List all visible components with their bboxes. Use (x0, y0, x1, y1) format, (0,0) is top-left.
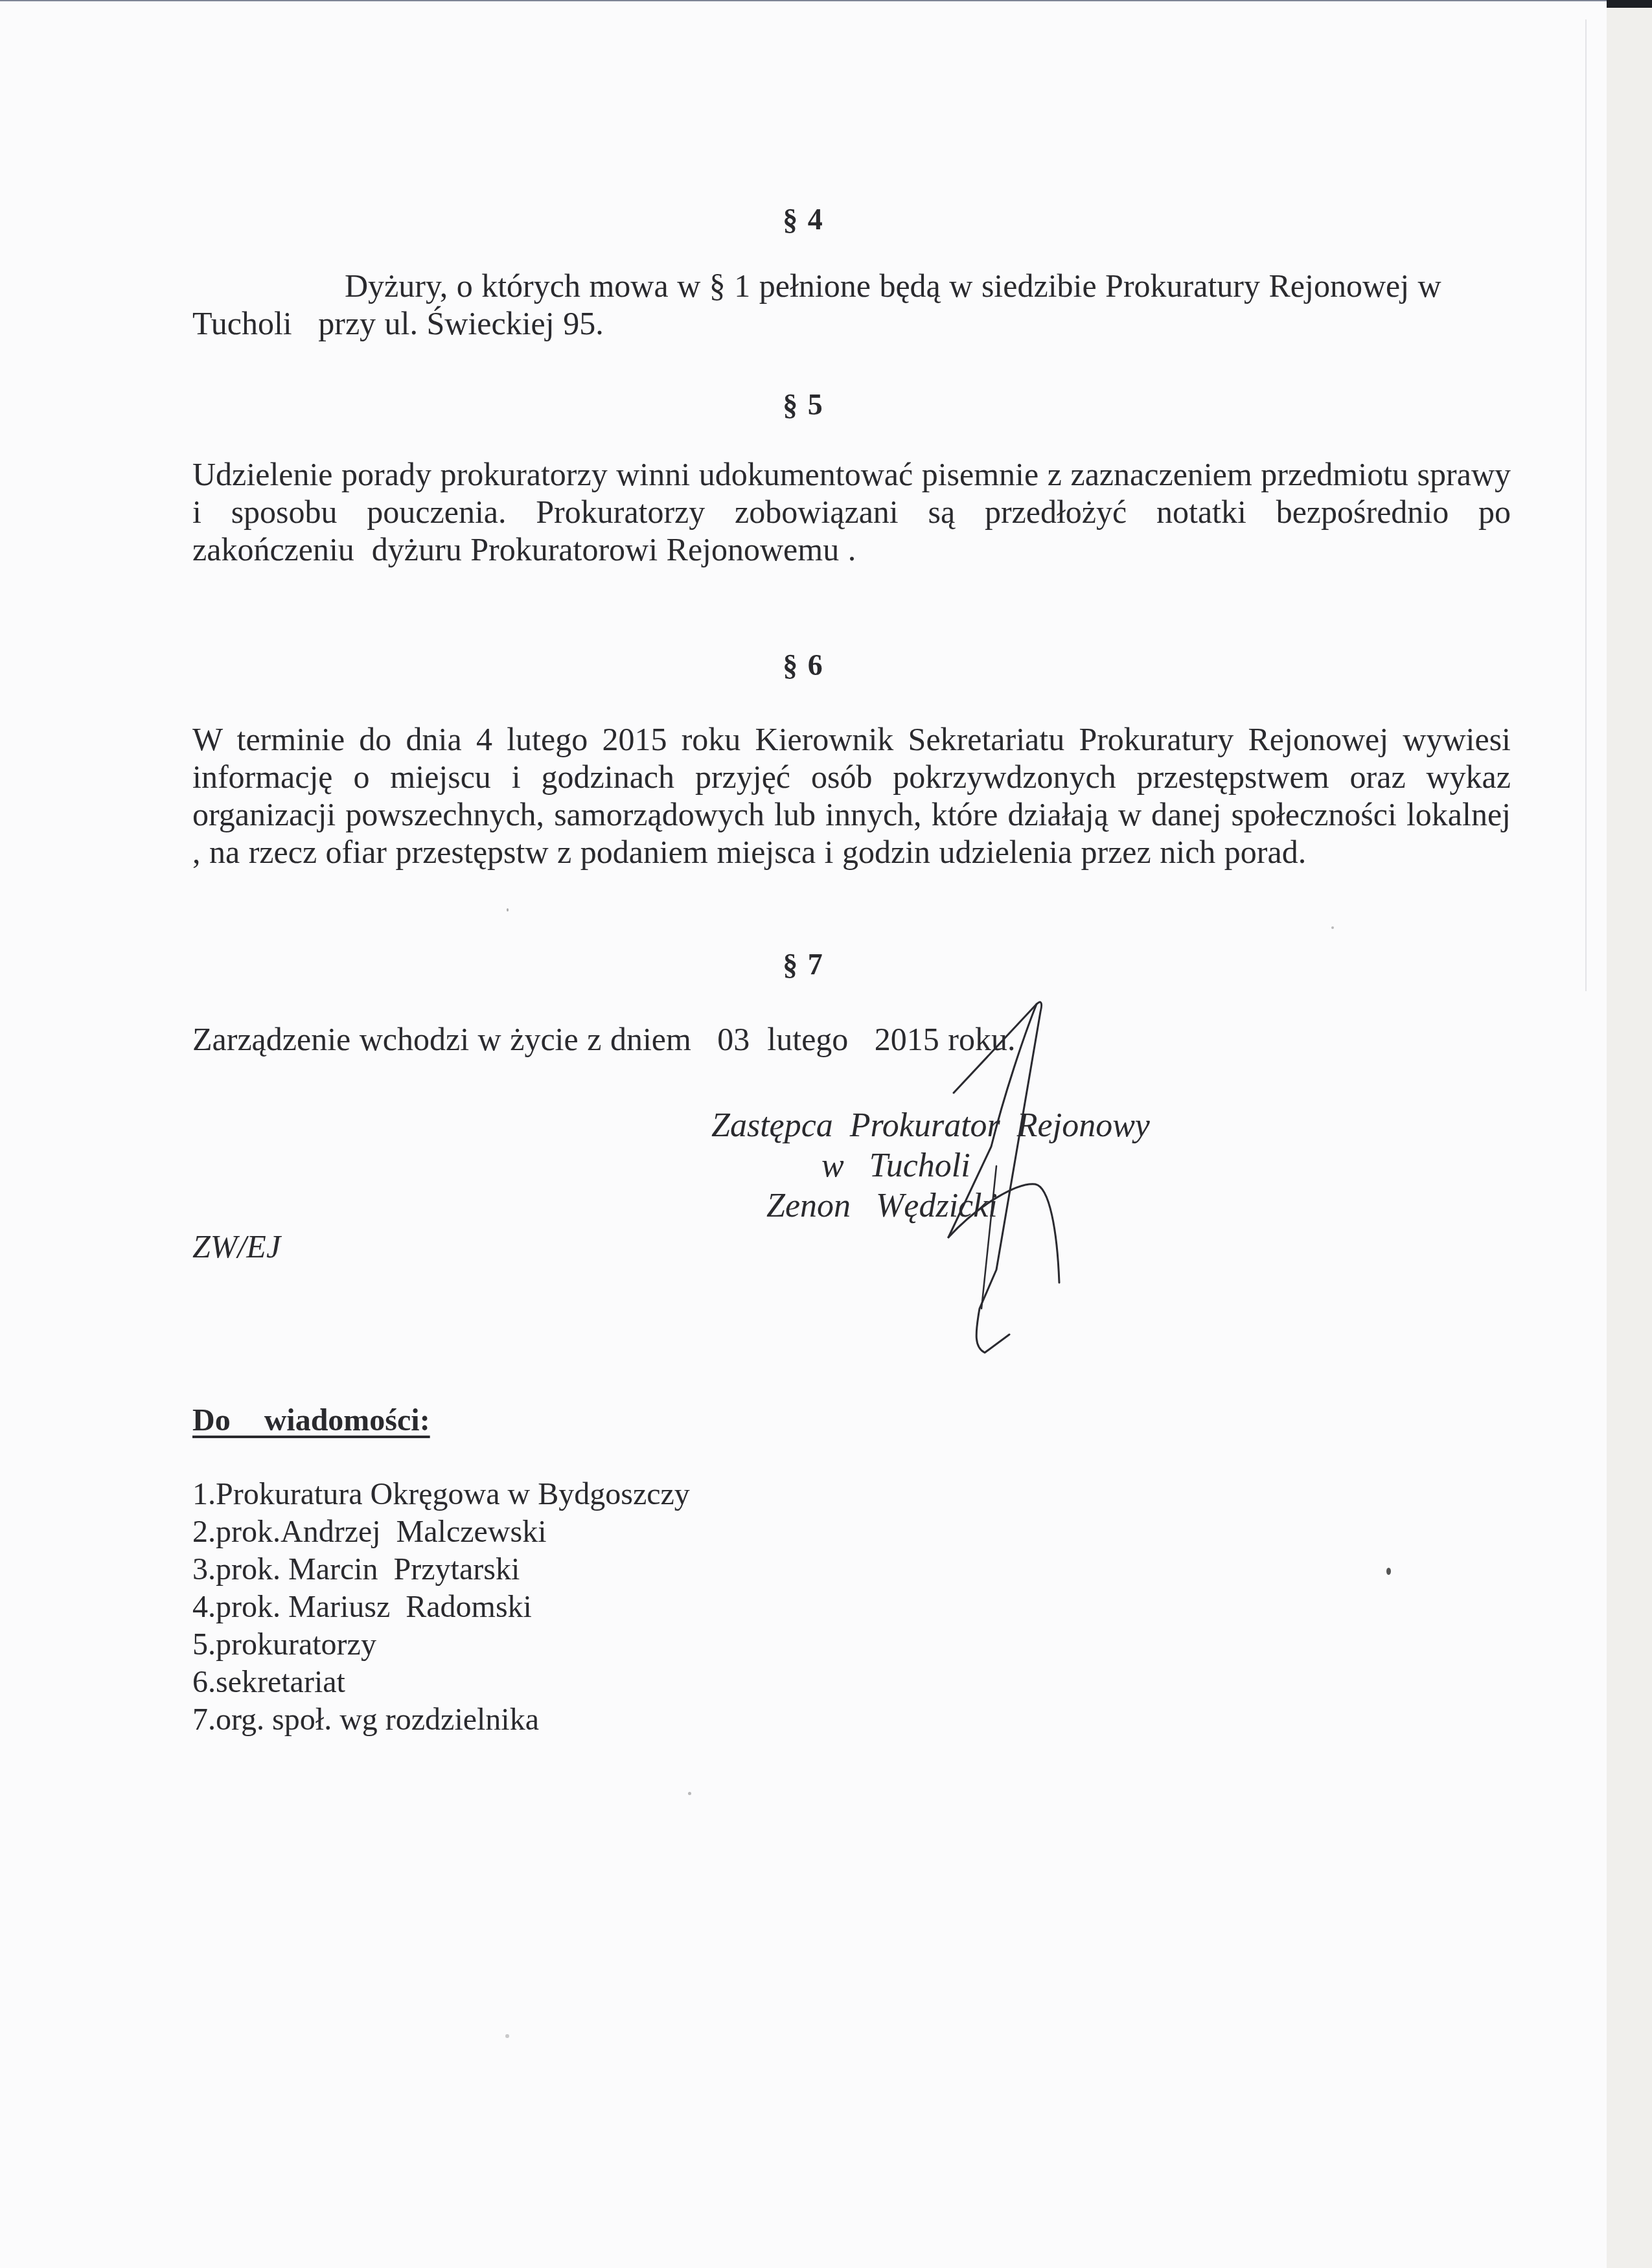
scan-speck (507, 908, 509, 911)
scan-speck (505, 2034, 509, 2038)
signatory-location: w Tucholi (821, 1147, 970, 1186)
scan-speck (688, 1792, 691, 1795)
section-7-heading: § 7 (0, 947, 1607, 981)
section-5-heading: § 5 (0, 387, 1607, 422)
section-5-line-3: zakończeniu dyżuru Prokuratorowi Rejonow… (192, 531, 1511, 568)
section-6-line-1: W terminie do dnia 4 lutego 2015 roku Ki… (192, 720, 1511, 758)
scan-top-edge (0, 0, 1607, 1)
reference-code: ZW/EJ (192, 1228, 281, 1265)
scan-fold-line (1585, 19, 1587, 991)
section-6-line-3: organizacji powszechnych, samorządowych … (192, 796, 1511, 833)
scan-speck (1331, 926, 1334, 929)
section-5-line-1: Udzielenie porady prokuratorzy winni udo… (192, 455, 1511, 493)
section-4-heading: § 4 (0, 202, 1607, 236)
distribution-item: 4.prok. Mariusz Radomski (192, 1588, 690, 1626)
section-7-paragraph: Zarządzenie wchodzi w życie z dniem 03 l… (192, 1020, 1511, 1058)
distribution-item: 7.org. społ. wg rozdzielnika (192, 1701, 690, 1739)
distribution-item: 5.prokuratorzy (192, 1626, 690, 1664)
section-4-paragraph: Dyżury, o których mowa w § 1 pełnione bę… (192, 267, 1511, 342)
section-7-line-1: Zarządzenie wchodzi w życie z dniem 03 l… (192, 1020, 1511, 1058)
distribution-item: 2.prok.Andrzej Malczewski (192, 1513, 690, 1551)
distribution-title: Do wiadomości: (192, 1403, 430, 1438)
distribution-item: 1.Prokuratura Okręgowa w Bydgoszczy (192, 1476, 690, 1513)
distribution-list: 1.Prokuratura Okręgowa w Bydgoszczy 2.pr… (192, 1476, 690, 1739)
distribution-item: 3.prok. Marcin Przytarski (192, 1551, 690, 1588)
section-4-line-2: Tucholi przy ul. Świeckiej 95. (192, 304, 1511, 342)
scan-speck (1386, 1568, 1391, 1575)
section-6-line-4: , na rzecz ofiar przestępstw z podaniem … (192, 833, 1511, 871)
signatory-title: Zastępca Prokurator Rejonowy (711, 1106, 1150, 1145)
section-5-paragraph: Udzielenie porady prokuratorzy winni udo… (192, 455, 1511, 568)
signatory-name: Zenon Wędzicki (766, 1187, 998, 1226)
section-5-line-2: i sposobu pouczenia. Prokuratorzy zobowi… (192, 493, 1511, 531)
section-6-heading: § 6 (0, 648, 1607, 682)
scan-corner-shadow (1607, 0, 1652, 8)
section-6-paragraph: W terminie do dnia 4 lutego 2015 roku Ki… (192, 720, 1511, 871)
section-4-line-1: Dyżury, o których mowa w § 1 pełnione bę… (192, 267, 1511, 304)
distribution-item: 6.sekretariat (192, 1664, 690, 1701)
section-6-line-2: informację o miejscu i godzinach przyjęć… (192, 758, 1511, 796)
scan-margin (1607, 0, 1652, 2268)
